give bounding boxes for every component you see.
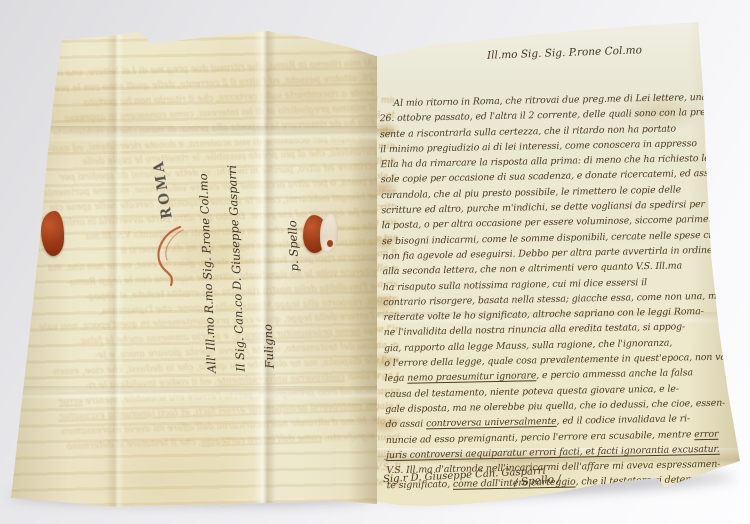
wax-seal-left — [41, 211, 64, 256]
photo-background: Al mio ritorno in Roma, che ritrovai due… — [0, 0, 750, 524]
letter-salutation: Ill.mo Sig. Sig. P.rone Col.mo — [487, 44, 642, 61]
address-line: p. Spello — [275, 155, 309, 272]
address-block: All' Ill.mo R.mo Sig. P.rone Col.moIl Si… — [188, 154, 325, 373]
letter-body: Al mio ritorno in Roma, che ritrovai due… — [379, 90, 719, 494]
wax-seal-speck — [327, 240, 333, 247]
red-ink-flourish — [150, 224, 196, 288]
